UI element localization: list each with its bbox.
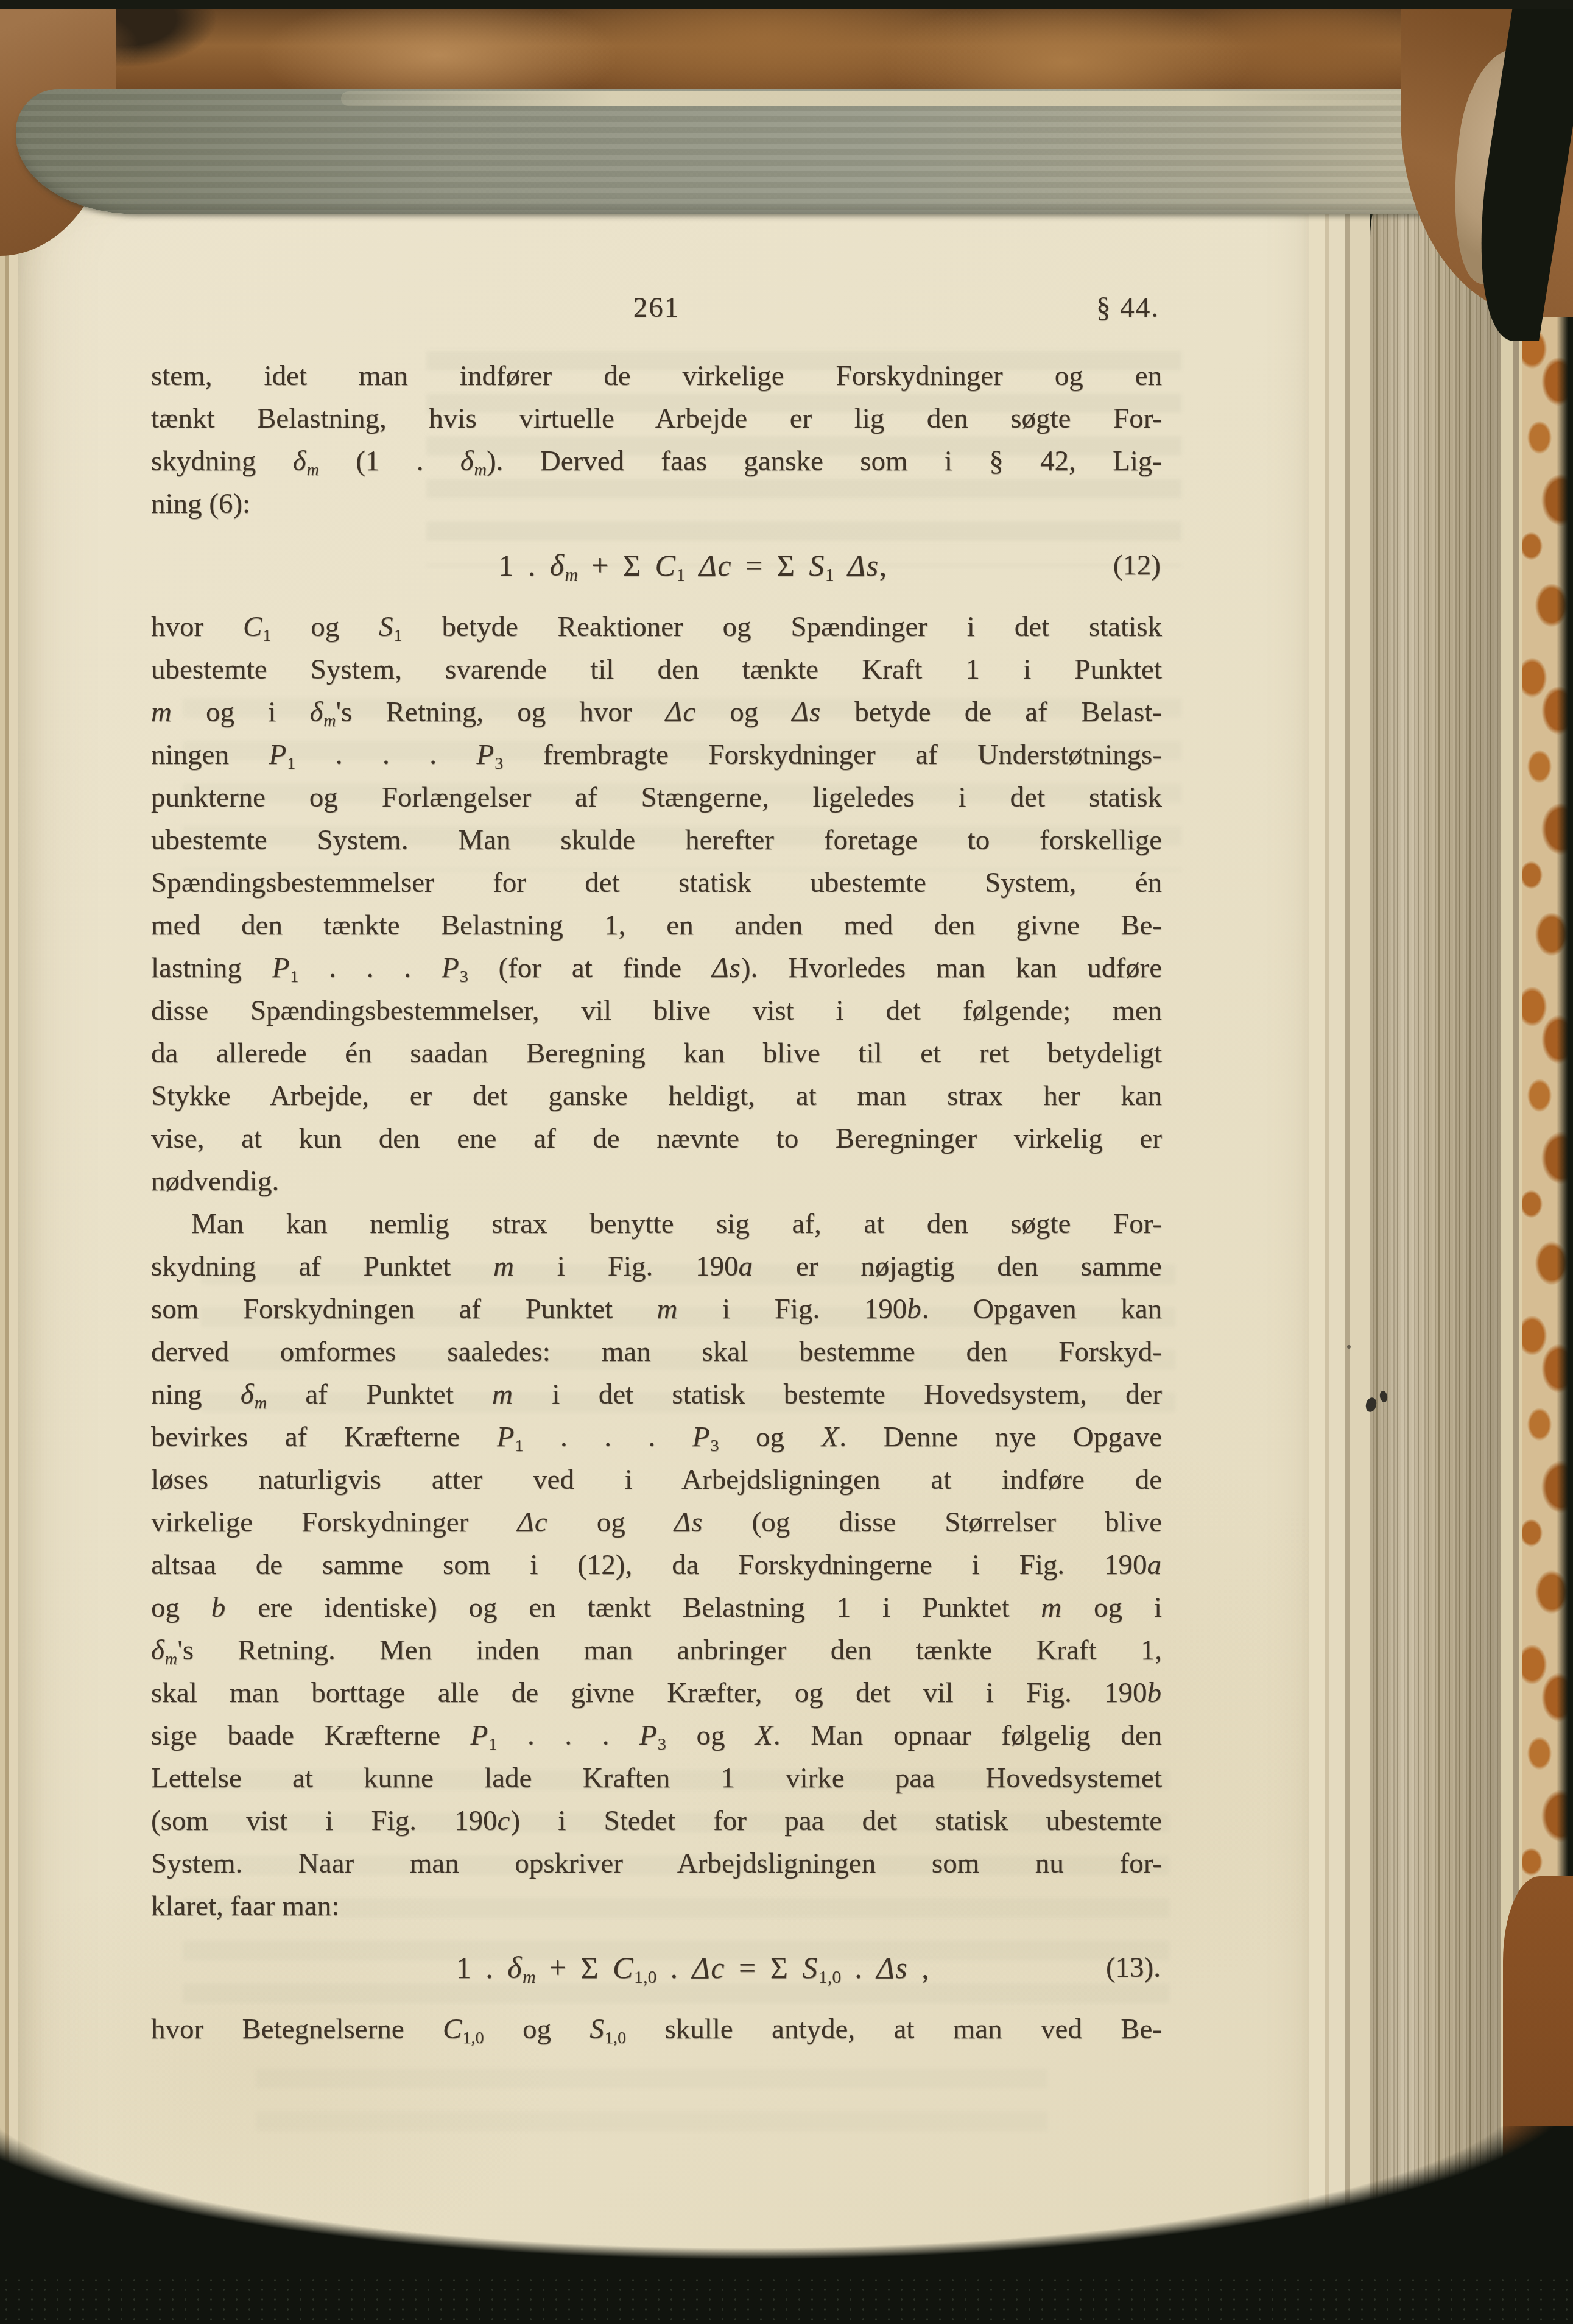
text-line: disse Spændingsbestemmelser, vil blive v… bbox=[151, 989, 1162, 1032]
text-line: ningen P1 . . . P3 frembragte Forskydnin… bbox=[151, 733, 1162, 776]
scanner-noise-speckles bbox=[0, 2275, 1573, 2324]
top-leather-binding bbox=[0, 4, 1573, 96]
text-line: lastning P1 . . . P3 (for at finde Δs). … bbox=[151, 947, 1162, 989]
text-line: System. Naar man opskriver Arbejdslignin… bbox=[151, 1842, 1162, 1885]
text-line: nødvendig. bbox=[151, 1160, 1162, 1203]
page-number: 261 bbox=[151, 286, 1162, 329]
text-line: altsaa de samme som i (12), da Forskydni… bbox=[151, 1544, 1162, 1586]
text-line: m og i δm's Retning, og hvor Δc og Δs be… bbox=[151, 691, 1162, 733]
paragraph-4: hvor Betegnelserne C1,0 og S1,0 skulle a… bbox=[151, 2008, 1162, 2050]
text-line: da allerede én saadan Beregning kan bliv… bbox=[151, 1032, 1162, 1075]
text-line: tænkt Belastning, hvis virtuelle Arbejde… bbox=[151, 397, 1162, 440]
text-line: δm's Retning. Men inden man anbringer de… bbox=[151, 1629, 1162, 1672]
equation-13-label: (13). bbox=[1106, 1946, 1161, 1989]
top-shadow bbox=[0, 0, 1573, 9]
text-line: ning (6): bbox=[151, 482, 1162, 525]
text-line: skal man borttage alle de givne Kræfter,… bbox=[151, 1672, 1162, 1714]
paragraph-2: hvor C1 og S1 betyde Reaktioner og Spænd… bbox=[151, 606, 1162, 1203]
page-top-edge-highlight bbox=[341, 91, 1425, 106]
equation-12-label: (12) bbox=[1113, 544, 1161, 587]
text-line: skydning af Punktet m i Fig. 190a er nøj… bbox=[151, 1245, 1162, 1288]
inner-page-edges bbox=[1309, 201, 1370, 2297]
text-line: ubestemte System. Man skulde herefter fo… bbox=[151, 819, 1162, 861]
text-line: ubestemte System, svarende til den tænkt… bbox=[151, 648, 1162, 691]
text-line: stem, idet man indfører de virkelige For… bbox=[151, 355, 1162, 397]
text-line: og b ere identiske) og en tænkt Belastni… bbox=[151, 1586, 1162, 1629]
text-line: med den tænkte Belastning 1, en anden me… bbox=[151, 904, 1162, 947]
equation-13: 1 . δm + Σ C1,0 . Δc = Σ S1,0 . Δs , (13… bbox=[151, 1946, 1162, 1989]
text-line: Man kan nemlig strax benytte sig af, at … bbox=[151, 1203, 1162, 1245]
text-line: virkelige Forskydninger Δc og Δs (og dis… bbox=[151, 1501, 1162, 1544]
text-line: punkterne og Forlængelser af Stængerne, … bbox=[151, 776, 1162, 819]
ink-speck bbox=[1347, 1345, 1351, 1349]
paragraph-3: Man kan nemlig strax benytte sig af, at … bbox=[151, 1203, 1162, 1927]
paragraph-1: stem, idet man indfører de virkelige For… bbox=[151, 355, 1162, 525]
text-line: (som vist i Fig. 190c) i Stedet for paa … bbox=[151, 1800, 1162, 1842]
text-column: 261 § 44. stem, idet man indfører de vir… bbox=[151, 286, 1162, 2050]
equation-12: 1 . δm + Σ C1 Δc = Σ S1 Δs, (12) bbox=[151, 544, 1162, 587]
text-line: Lettelse at kunne lade Kraften 1 virke p… bbox=[151, 1757, 1162, 1800]
text-line: derved omformes saaledes: man skal beste… bbox=[151, 1330, 1162, 1373]
equation-13-body: 1 . δm + Σ C1,0 . Δc = Σ S1,0 . Δs , bbox=[383, 1951, 930, 1985]
text-line: bevirkes af Kræfterne P1 . . . P3 og X. … bbox=[151, 1416, 1162, 1458]
text-line: skydning δm (1 . δm). Derved faas ganske… bbox=[151, 440, 1162, 482]
text-line: Stykke Arbejde, er det ganske heldigt, a… bbox=[151, 1075, 1162, 1117]
text-line: hvor C1 og S1 betyde Reaktioner og Spænd… bbox=[151, 606, 1162, 648]
text-line: Spændingsbestemmelser for det statisk ub… bbox=[151, 861, 1162, 904]
text-line: klaret, faar man: bbox=[151, 1885, 1162, 1927]
text-line: løses naturligvis atter ved i Arbejdslig… bbox=[151, 1458, 1162, 1501]
text-line: hvor Betegnelserne C1,0 og S1,0 skulle a… bbox=[151, 2008, 1162, 2050]
page-top-edge-band bbox=[16, 89, 1509, 214]
text-line: vise, at kun den ene af de nævnte to Ber… bbox=[151, 1117, 1162, 1160]
fore-edge-page-stack bbox=[1370, 183, 1501, 2300]
text-line: ning δm af Punktet m i det statisk beste… bbox=[151, 1373, 1162, 1416]
equation-12-body: 1 . δm + Σ C1 Δc = Σ S1 Δs, bbox=[425, 548, 887, 582]
text-line: som Forskydningen af Punktet m i Fig. 19… bbox=[151, 1288, 1162, 1330]
section-number: § 44. bbox=[1096, 286, 1160, 329]
page-header: 261 § 44. bbox=[151, 286, 1162, 329]
text-line: sige baade Kræfterne P1 . . . P3 og X. M… bbox=[151, 1714, 1162, 1757]
